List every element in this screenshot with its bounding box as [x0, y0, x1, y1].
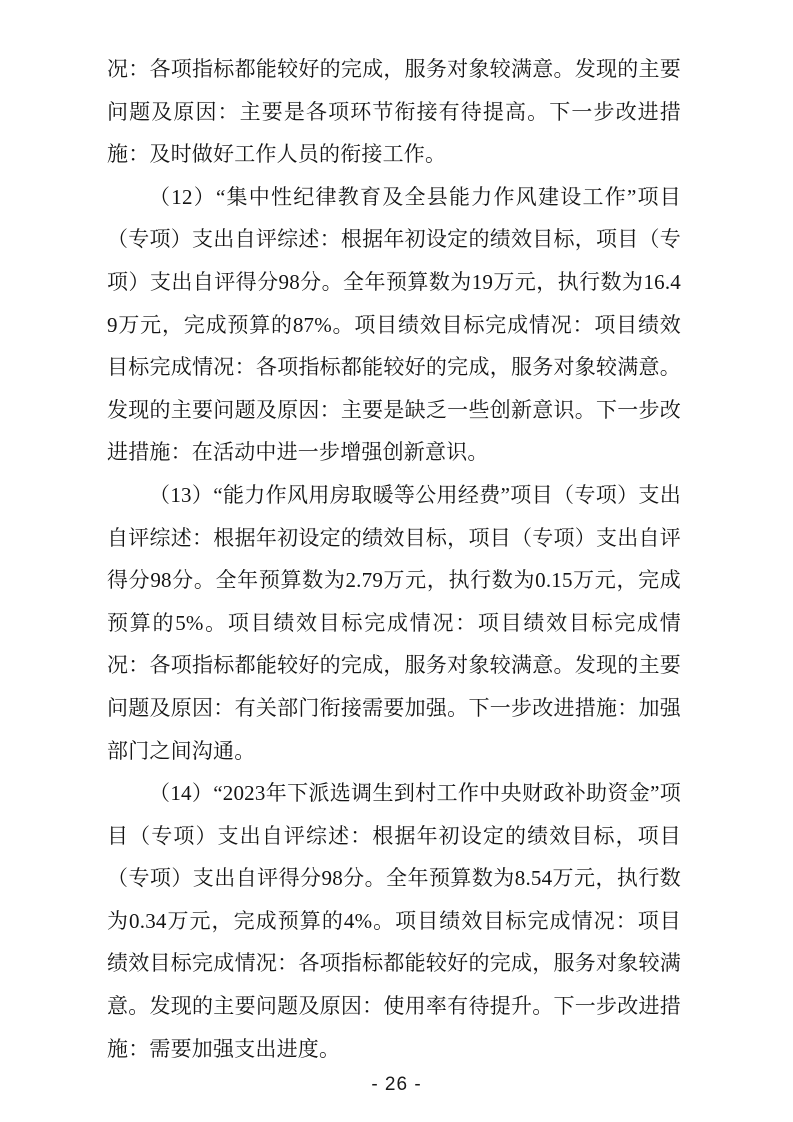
- page-number: - 26 -: [0, 1074, 793, 1096]
- document-body: 况：各项指标都能较好的完成，服务对象较满意。发现的主要问题及原因：主要是各项环节…: [107, 48, 681, 1070]
- paragraph-item-14: （14）“2023年下派选调生到村工作中央财政补助资金”项目（专项）支出自评综述…: [107, 772, 681, 1070]
- paragraph-item-13: （13）“能力作风用房取暖等公用经费”项目（专项）支出自评综述：根据年初设定的绩…: [107, 474, 681, 772]
- paragraph-continuation: 况：各项指标都能较好的完成，服务对象较满意。发现的主要问题及原因：主要是各项环节…: [107, 48, 681, 176]
- document-page: 况：各项指标都能较好的完成，服务对象较满意。发现的主要问题及原因：主要是各项环节…: [0, 0, 793, 1122]
- paragraph-item-12: （12）“集中性纪律教育及全县能力作风建设工作”项目（专项）支出自评综述：根据年…: [107, 176, 681, 474]
